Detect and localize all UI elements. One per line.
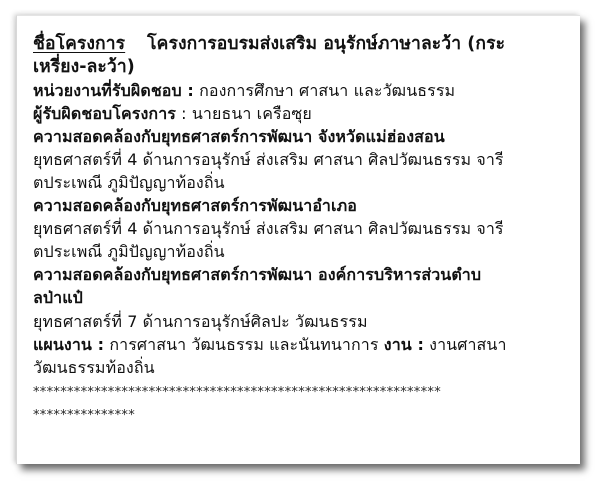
work-label: งาน : — [384, 335, 424, 354]
project-info-card: ชื่อโครงการโครงการอบรมส่งเสริม อนุรักษ์ภ… — [16, 15, 580, 464]
project-name-continued: เหรี่ยง-ละว้า) — [33, 56, 135, 78]
project-name-label: ชื่อโครงการ — [33, 34, 125, 54]
project-owner-label: ผู้รับผิดชอบโครงการ — [33, 104, 176, 123]
responsible-agency-row: หน่วยงานที่รับผิดชอบ : กองการศึกษา ศาสนา… — [33, 80, 455, 102]
alignment-tao-heading-continued: ลป่าแป๋ — [33, 287, 83, 309]
plan-work-row: แผนงาน : การศาสนา วัฒนธรรม และนันทนาการ … — [33, 334, 507, 356]
project-owner-value: นายธนา เครือซุย — [192, 104, 312, 123]
alignment-province-heading: ความสอดคล้องกับยุทธศาสตร์การพัฒนา จังหวั… — [33, 126, 445, 148]
separator-asterisks: ****************************************… — [33, 382, 441, 404]
project-owner-row: ผู้รับผิดชอบโครงการ : นายธนา เครือซุย — [33, 103, 312, 125]
project-name-value-continued: เหรี่ยง-ละว้า) — [33, 57, 135, 77]
alignment-district-text-continued: ตประเพณี ภูมิปัญญาท้องถิ่น — [33, 241, 225, 263]
work-value: งานศาสนา — [424, 335, 507, 354]
project-name-value: โครงการอบรมส่งเสริม อนุรักษ์ภาษาละว้า (ก… — [147, 34, 505, 54]
project-name-row: ชื่อโครงการโครงการอบรมส่งเสริม อนุรักษ์ภ… — [33, 33, 505, 55]
alignment-district-heading: ความสอดคล้องกับยุทธศาสตร์การพัฒนาอำเภอ — [33, 195, 357, 217]
alignment-district-text: ยุทธศาสตร์ที่ 4 ด้านการอนุรักษ์ ส่งเสริม… — [33, 218, 504, 240]
alignment-tao-text: ยุทธศาสตร์ที่ 7 ด้านการอนุรักษ์ศิลปะ วัฒ… — [33, 311, 368, 333]
work-value-continued: วัฒนธรรมท้องถิ่น — [33, 357, 155, 379]
alignment-tao-heading: ความสอดคล้องกับยุทธศาสตร์การพัฒนา องค์กา… — [33, 264, 481, 286]
separator-asterisks-continued: *************** — [33, 405, 135, 427]
alignment-province-text-continued: ตประเพณี ภูมิปัญญาท้องถิ่น — [33, 172, 225, 194]
alignment-province-text: ยุทธศาสตร์ที่ 4 ด้านการอนุรักษ์ ส่งเสริม… — [33, 149, 504, 171]
plan-label: แผนงาน : — [33, 335, 104, 354]
responsible-agency-label: หน่วยงานที่รับผิดชอบ : — [33, 81, 194, 100]
responsible-agency-value: กองการศึกษา ศาสนา และวัฒนธรรม — [194, 81, 455, 100]
project-owner-separator: : — [176, 104, 192, 123]
plan-value: การศาสนา วัฒนธรรม และนันทนาการ — [104, 335, 384, 354]
